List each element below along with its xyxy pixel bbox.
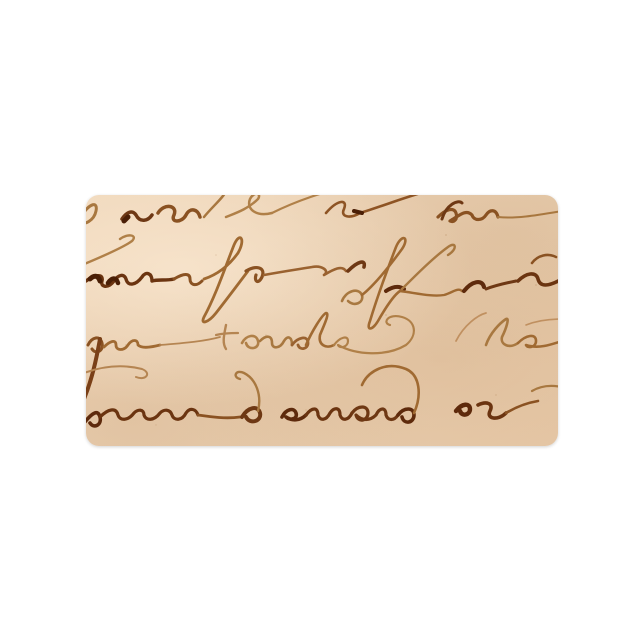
script-line-1: [86, 195, 558, 224]
handwriting-artwork: [86, 195, 558, 446]
address-label: Stouts Les Sau Leurs yssu offre que toud…: [86, 195, 558, 446]
script-line-3: [86, 313, 558, 399]
script-line-2: [86, 235, 558, 328]
script-line-4: [86, 366, 558, 426]
